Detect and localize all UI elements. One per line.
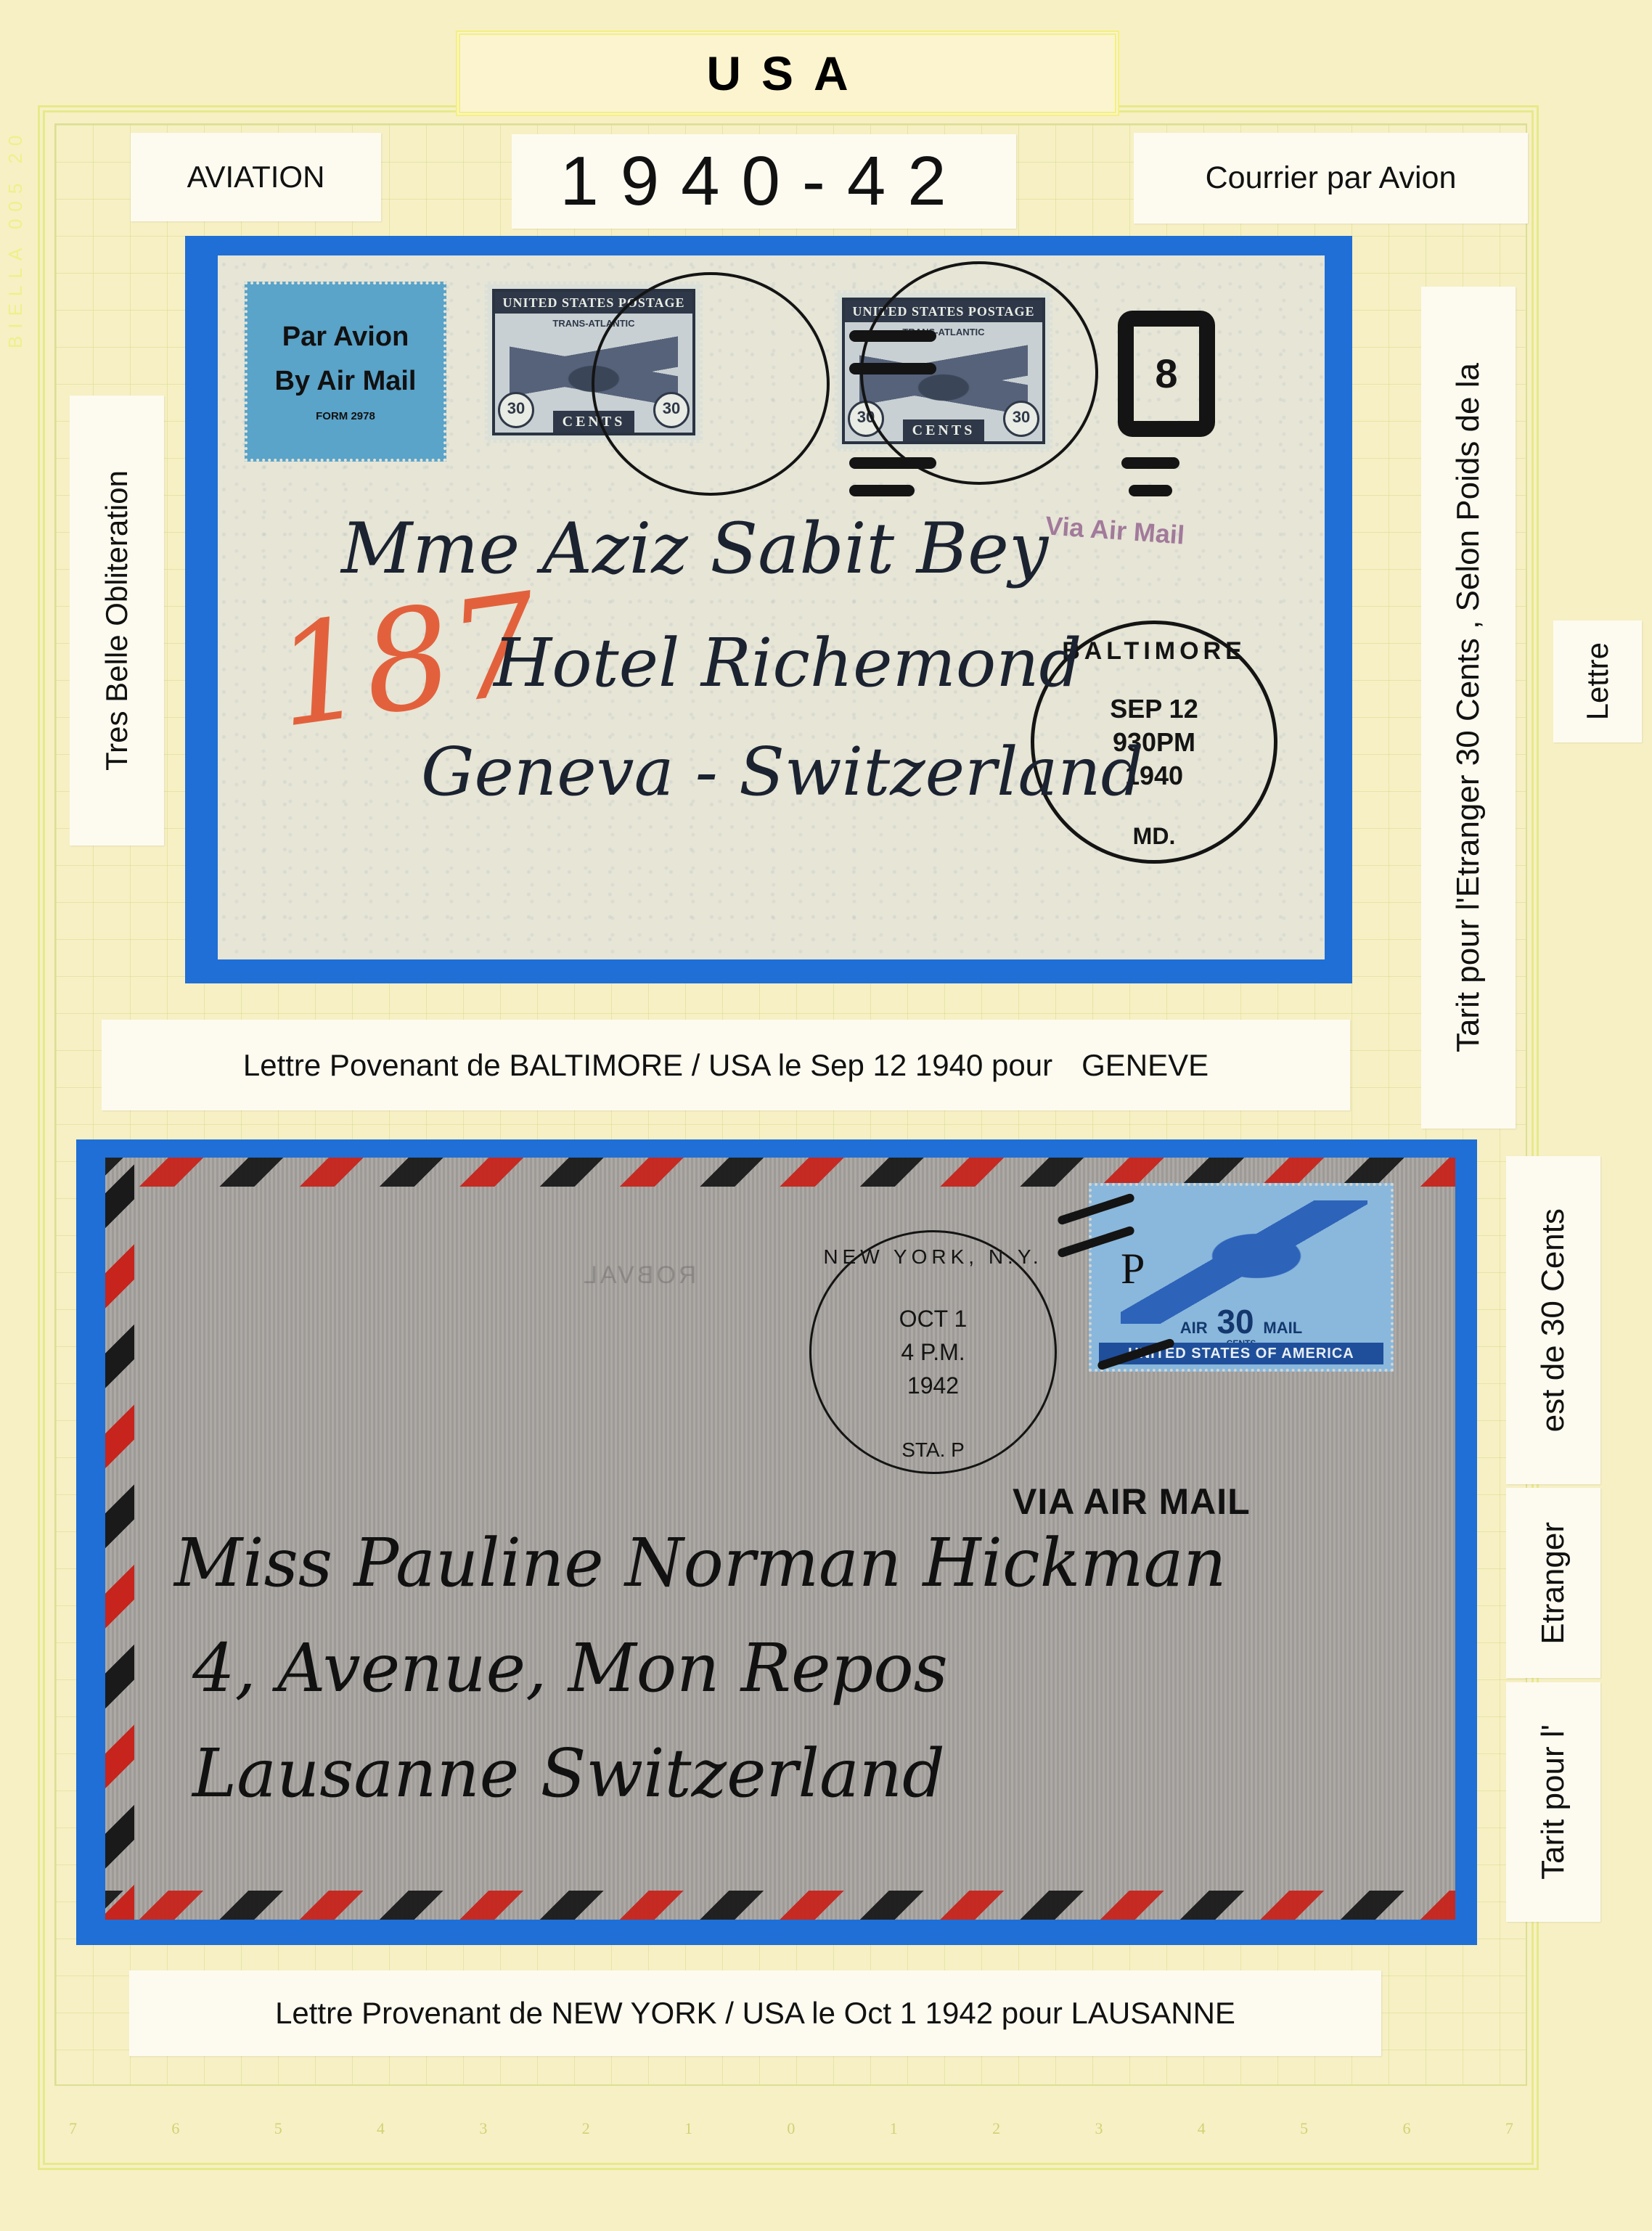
scale-number: 2 bbox=[582, 2119, 590, 2138]
label-tres-belle-obliteration: Tres Belle Obliteration bbox=[70, 396, 164, 846]
postmark-date: OCT 1 bbox=[899, 1302, 968, 1335]
airmail-stripe-right bbox=[105, 1158, 134, 1920]
scale-number: 4 bbox=[377, 2119, 385, 2138]
postmark-station: STA. P bbox=[811, 1438, 1055, 1462]
stamp-air-text: AIR bbox=[1180, 1319, 1208, 1337]
killer-bar bbox=[849, 485, 915, 496]
cover2-via-air-mail: VIA AIR MAIL bbox=[1013, 1481, 1251, 1523]
est-de-30-cents-text: est de 30 Cents bbox=[1535, 1208, 1571, 1432]
country-title: USA bbox=[456, 30, 1119, 116]
cover1-caption: Lettre Povenant de BALTIMORE / USA le Se… bbox=[102, 1020, 1350, 1110]
etranger-text: Etranger bbox=[1535, 1522, 1571, 1645]
postmark-year: 1942 bbox=[907, 1369, 959, 1402]
cover1-address-line-2: Hotel Richemond bbox=[494, 624, 1081, 702]
stamp-value-row: AIR 30 MAIL bbox=[1092, 1302, 1391, 1341]
tarif-text-top: Tarit pour l'Etranger 30 Cents , Selon P… bbox=[1450, 363, 1487, 1052]
label-lettre: Lettre bbox=[1553, 621, 1642, 742]
cover2-address-line-1: Miss Pauline Norman Hickman bbox=[174, 1524, 1227, 1602]
cover1-destination-text: GENEVE bbox=[1081, 1048, 1209, 1083]
scale-number: 6 bbox=[171, 2119, 179, 2138]
tarif-pour-text: Tarit pour l' bbox=[1535, 1724, 1571, 1880]
courrier-text: Courrier par Avion bbox=[1206, 160, 1457, 196]
bottom-scale: 765432101234567 bbox=[69, 2119, 1513, 2138]
postmark-town: NEW YORK, N.Y. bbox=[811, 1245, 1055, 1269]
label-tarif-etranger-top: Tarit pour l'Etranger 30 Cents , Selon P… bbox=[1421, 287, 1516, 1129]
cover1-address-line-1: Mme Aziz Sabit Bey bbox=[341, 508, 1048, 589]
stamp-value: 30 bbox=[1216, 1303, 1254, 1340]
killer-cancel-8: 8 bbox=[1118, 311, 1215, 437]
scale-number: 5 bbox=[1300, 2119, 1308, 2138]
scale-number: 3 bbox=[479, 2119, 487, 2138]
cover1-caption-text: Lettre Povenant de BALTIMORE / USA le Se… bbox=[243, 1048, 1052, 1083]
cover2-postmark-new-york: NEW YORK, N.Y. OCT 1 4 P.M. 1942 STA. P bbox=[809, 1230, 1057, 1474]
airmail-stripe-bottom bbox=[105, 1891, 1455, 1920]
killer-bar bbox=[849, 363, 936, 374]
postmark-date: SEP 12 bbox=[1110, 692, 1198, 726]
postmark-time: 4 P.M. bbox=[901, 1335, 965, 1369]
killer-bar bbox=[1121, 457, 1179, 469]
cover1-airmail-label: Par Avion By Air Mail FORM 2978 bbox=[245, 282, 446, 462]
cover2-stamp: P AIR 30 MAIL CENTS UNITED STATES OF AME… bbox=[1089, 1183, 1394, 1372]
scale-number: 7 bbox=[69, 2119, 77, 2138]
stamp-overprint: P bbox=[1121, 1244, 1145, 1294]
label-tarif-pour: Tarit pour l' bbox=[1506, 1682, 1600, 1922]
years-text: 1940-42 bbox=[560, 142, 968, 221]
cover2-caption: Lettre Provenant de NEW YORK / USA le Oc… bbox=[129, 1970, 1381, 2056]
cover2-faint-showthrough: ROBVAL bbox=[581, 1261, 696, 1290]
page-watermark: BIELLA 005 20 bbox=[4, 116, 33, 348]
scale-number: 0 bbox=[787, 2119, 795, 2138]
by-air-mail-text: By Air Mail bbox=[248, 366, 443, 397]
scale-number: 4 bbox=[1198, 2119, 1206, 2138]
aviation-text: AVIATION bbox=[187, 160, 325, 195]
scale-number: 5 bbox=[274, 2119, 282, 2138]
obliteration-text: Tres Belle Obliteration bbox=[99, 470, 134, 771]
label-years: 1940-42 bbox=[512, 134, 1016, 229]
cover2-address-line-3: Lausanne Switzerland bbox=[192, 1735, 945, 1812]
label-est-de-30-cents: est de 30 Cents bbox=[1506, 1156, 1600, 1484]
scale-number: 7 bbox=[1505, 2119, 1513, 2138]
killer-bar bbox=[849, 330, 936, 342]
scale-number: 3 bbox=[1095, 2119, 1103, 2138]
stamp-mail-text: MAIL bbox=[1263, 1319, 1302, 1337]
scale-number: 1 bbox=[684, 2119, 692, 2138]
country-name: USA bbox=[706, 46, 868, 101]
scale-number: 6 bbox=[1402, 2119, 1410, 2138]
label-aviation: AVIATION bbox=[131, 133, 381, 221]
killer-bar bbox=[1129, 485, 1172, 496]
cover1-postmark-on-stamp bbox=[592, 272, 830, 496]
stamp-value-left: 30 bbox=[498, 392, 534, 428]
form-number: FORM 2978 bbox=[248, 410, 443, 422]
scale-number: 1 bbox=[890, 2119, 898, 2138]
cover2-address-line-2: 4, Avenue, Mon Repos bbox=[192, 1629, 948, 1707]
cover1-address-line-3: Geneva - Switzerland bbox=[421, 733, 1144, 811]
lettre-text: Lettre bbox=[1580, 642, 1615, 720]
label-courrier-par-avion: Courrier par Avion bbox=[1134, 133, 1528, 224]
killer-numeral: 8 bbox=[1155, 351, 1177, 396]
label-etranger: Etranger bbox=[1506, 1488, 1600, 1678]
cover2-caption-text: Lettre Provenant de NEW YORK / USA le Oc… bbox=[275, 1996, 1235, 2031]
airmail-stripe-top bbox=[105, 1158, 1455, 1187]
par-avion-text: Par Avion bbox=[248, 322, 443, 353]
postmark-state: MD. bbox=[1034, 823, 1274, 850]
scale-number: 2 bbox=[992, 2119, 1000, 2138]
killer-bar bbox=[849, 457, 936, 469]
